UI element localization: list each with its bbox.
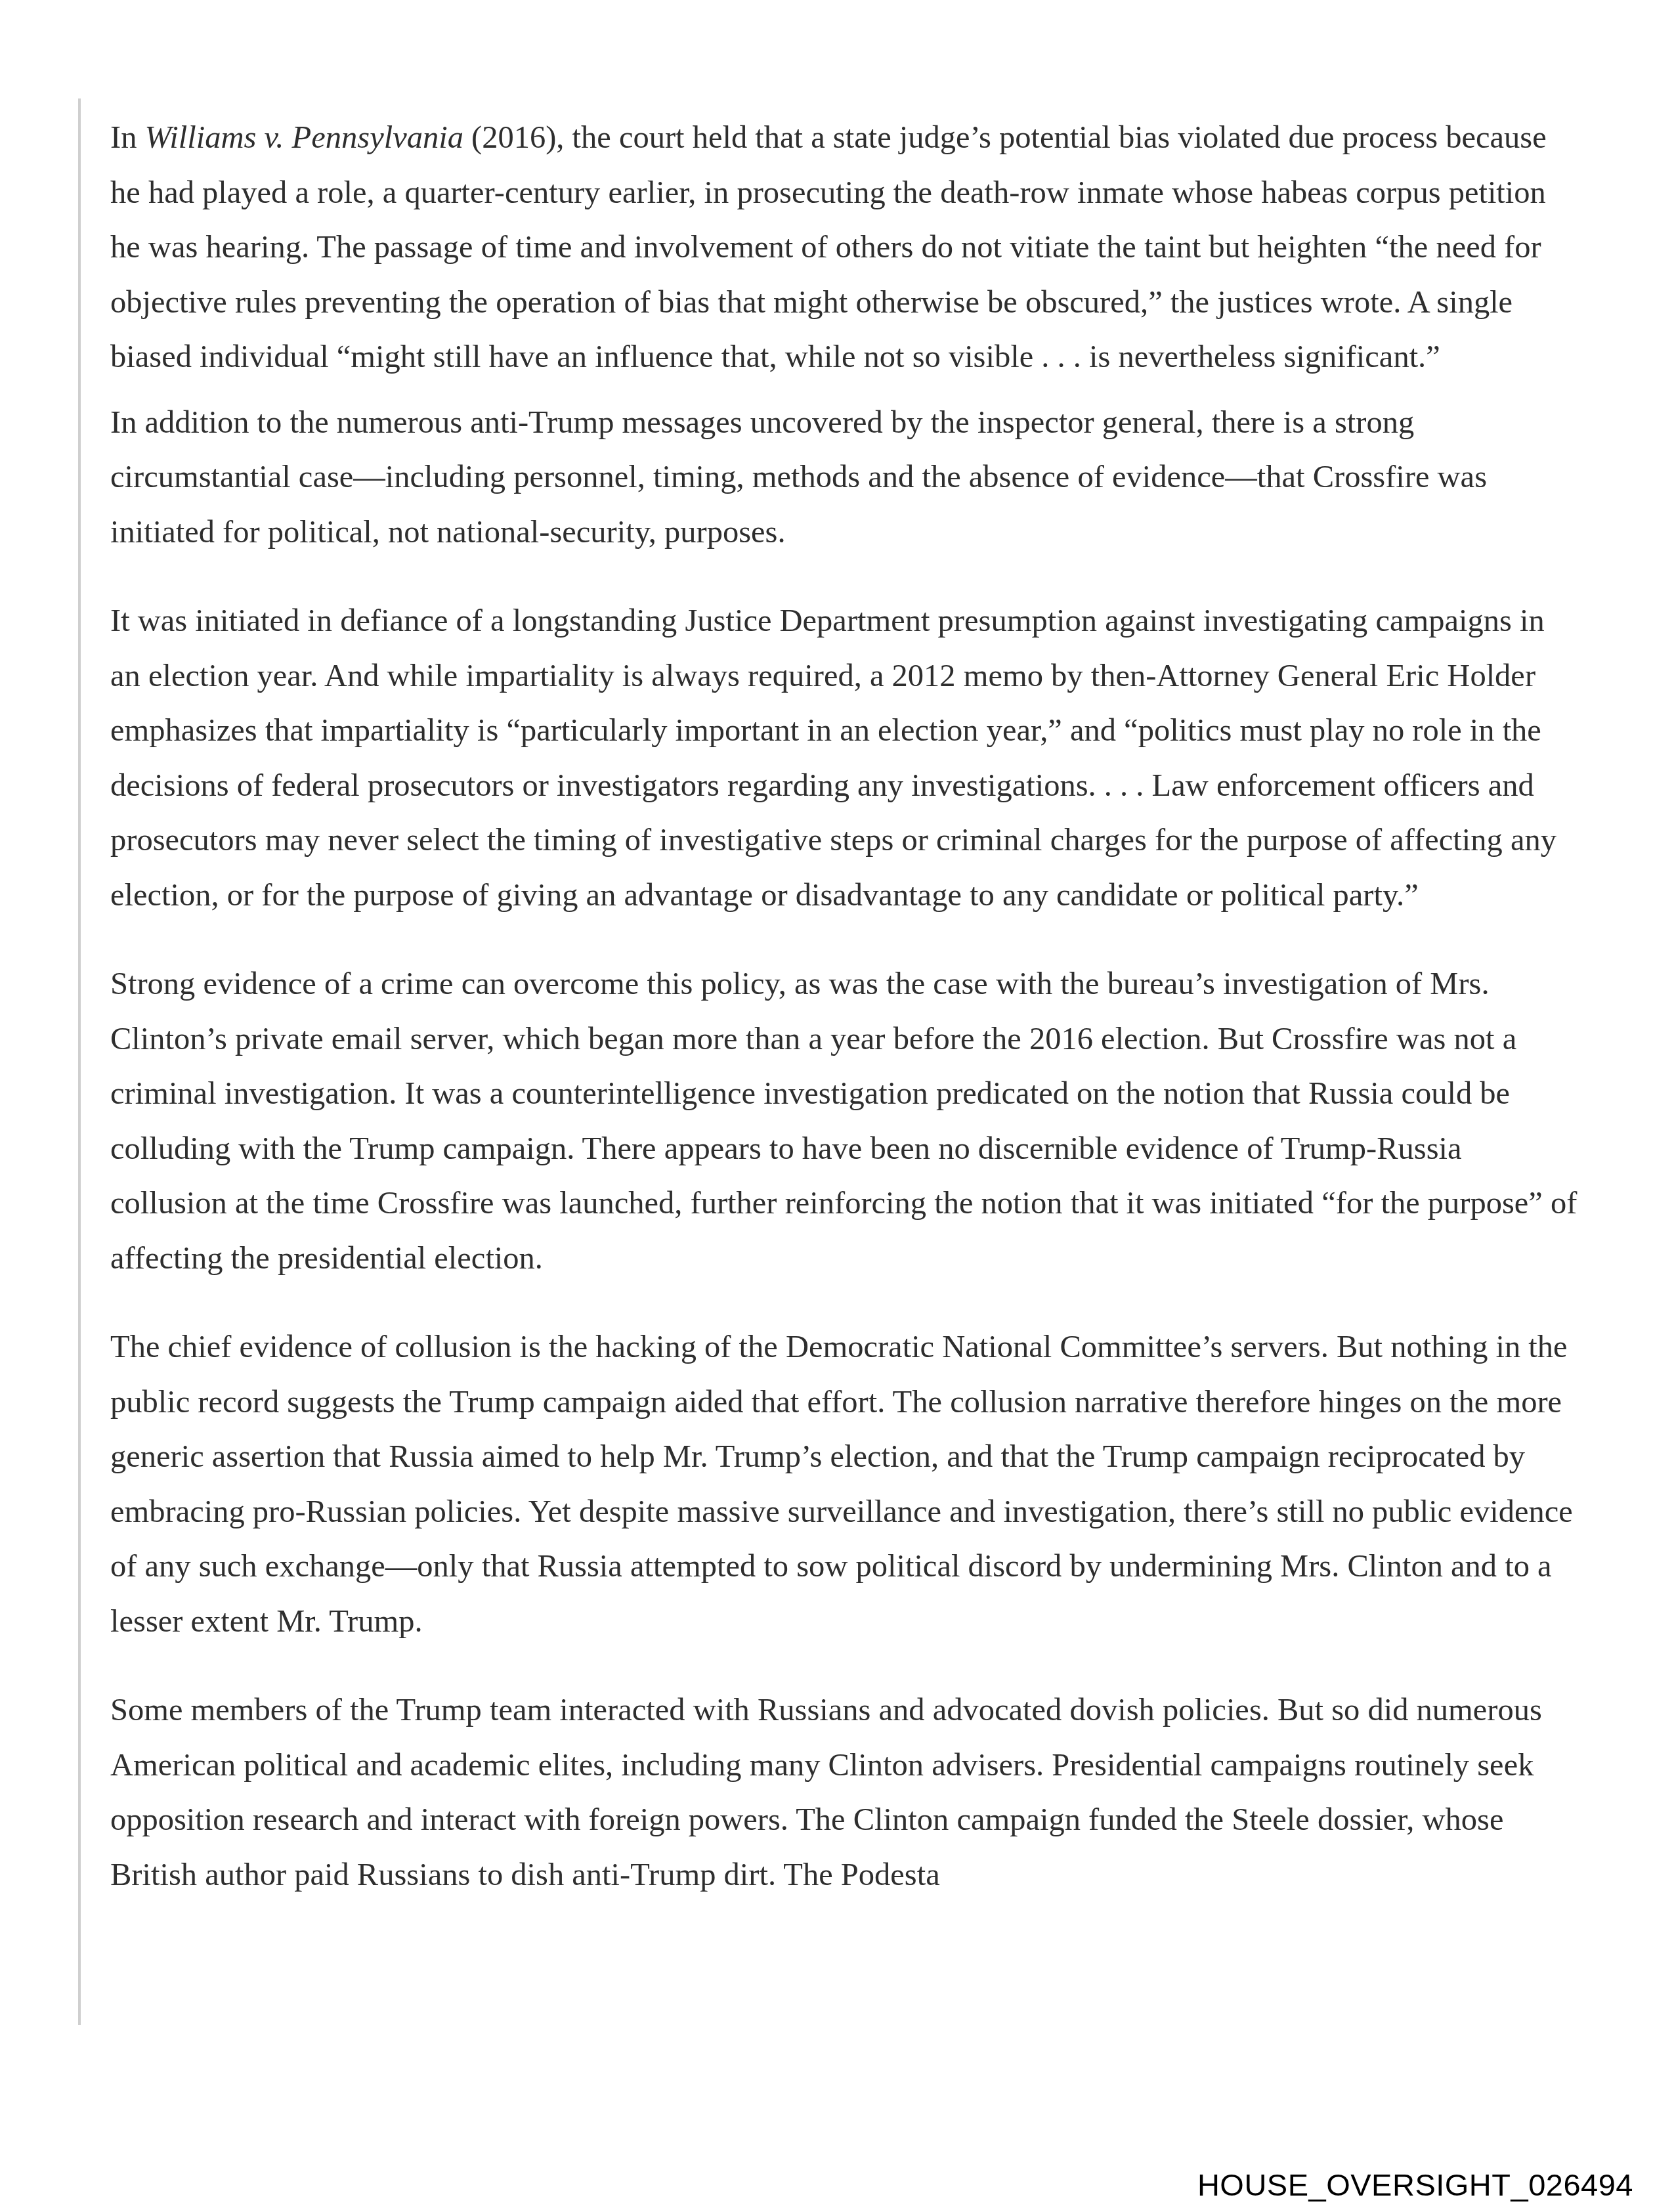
bates-number: HOUSE_OVERSIGHT_026494 xyxy=(1197,2167,1633,2203)
paragraph-circumstantial-case: In addition to the numerous anti-Trump m… xyxy=(110,395,1581,560)
paragraph-prefix: In xyxy=(110,120,145,155)
blockquote-rule xyxy=(78,98,81,2025)
paragraph-williams-v-pennsylvania: In Williams v. Pennsylvania (2016), the … xyxy=(110,110,1581,385)
article-body: In Williams v. Pennsylvania (2016), the … xyxy=(110,110,1581,1902)
paragraph-election-year-presumption: It was initiated in defiance of a longst… xyxy=(110,594,1581,922)
case-name: Williams v. Pennsylvania xyxy=(145,120,463,155)
paragraph-text: (2016), the court held that a state judg… xyxy=(110,120,1547,374)
paragraph-strong-evidence: Strong evidence of a crime can overcome … xyxy=(110,957,1581,1286)
paragraph-chief-evidence: The chief evidence of collusion is the h… xyxy=(110,1320,1581,1649)
paragraph-trump-team-interactions: Some members of the Trump team interacte… xyxy=(110,1683,1581,1902)
document-page: In Williams v. Pennsylvania (2016), the … xyxy=(0,0,1674,2212)
